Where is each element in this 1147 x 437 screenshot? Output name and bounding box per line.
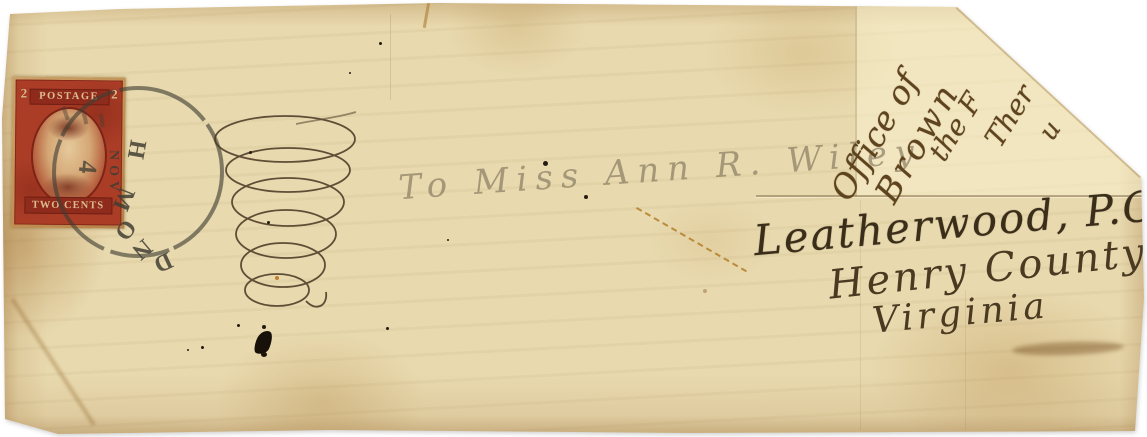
stain-diagonal [11,298,96,426]
ink-speck [379,42,382,45]
ink-speck [543,161,548,166]
brown-smudge [1012,340,1124,357]
ochre-scratch [636,207,747,272]
cut-edge-shadow [956,7,1141,178]
postmark-month: NOV [106,150,121,196]
ink-blot-drip [261,352,267,357]
postmark-letter-h: H [122,138,151,161]
cancel-smudge-2 [81,110,88,125]
ink-speck [187,349,189,351]
postal-cover: POSTAGE 2 2 TWO CENTS H [0,0,1147,437]
ink-speck [237,324,240,327]
ink-speck [262,325,266,329]
docket-line-4: Ther [978,79,1041,153]
ochre-streak-top [423,2,430,28]
ink-speck [267,221,270,224]
spiral-entry-stroke [296,112,356,124]
cover-scan: POSTAGE 2 2 TWO CENTS H [0,0,1147,437]
crease-top-left [390,14,391,100]
cancel-smudge-3 [99,114,105,127]
ink-speck [447,239,449,241]
docket-line-5: u [1033,115,1067,146]
ink-speck [201,346,204,349]
postmark-day: 4 [73,159,103,174]
stamp-denomination-left: 2 [21,85,28,101]
cover-wrap: POSTAGE 2 2 TWO CENTS H [0,0,1147,437]
cancel-smudge-1 [61,106,70,121]
spiral-doodle [198,106,368,321]
stain-dot-orange [275,276,279,280]
ink-speck [349,72,351,74]
spiral-tail-stroke [306,292,326,307]
ink-speck [584,195,588,199]
stain-dot-faint [703,289,707,293]
ink-speck [249,151,252,154]
ink-speck [386,327,389,330]
